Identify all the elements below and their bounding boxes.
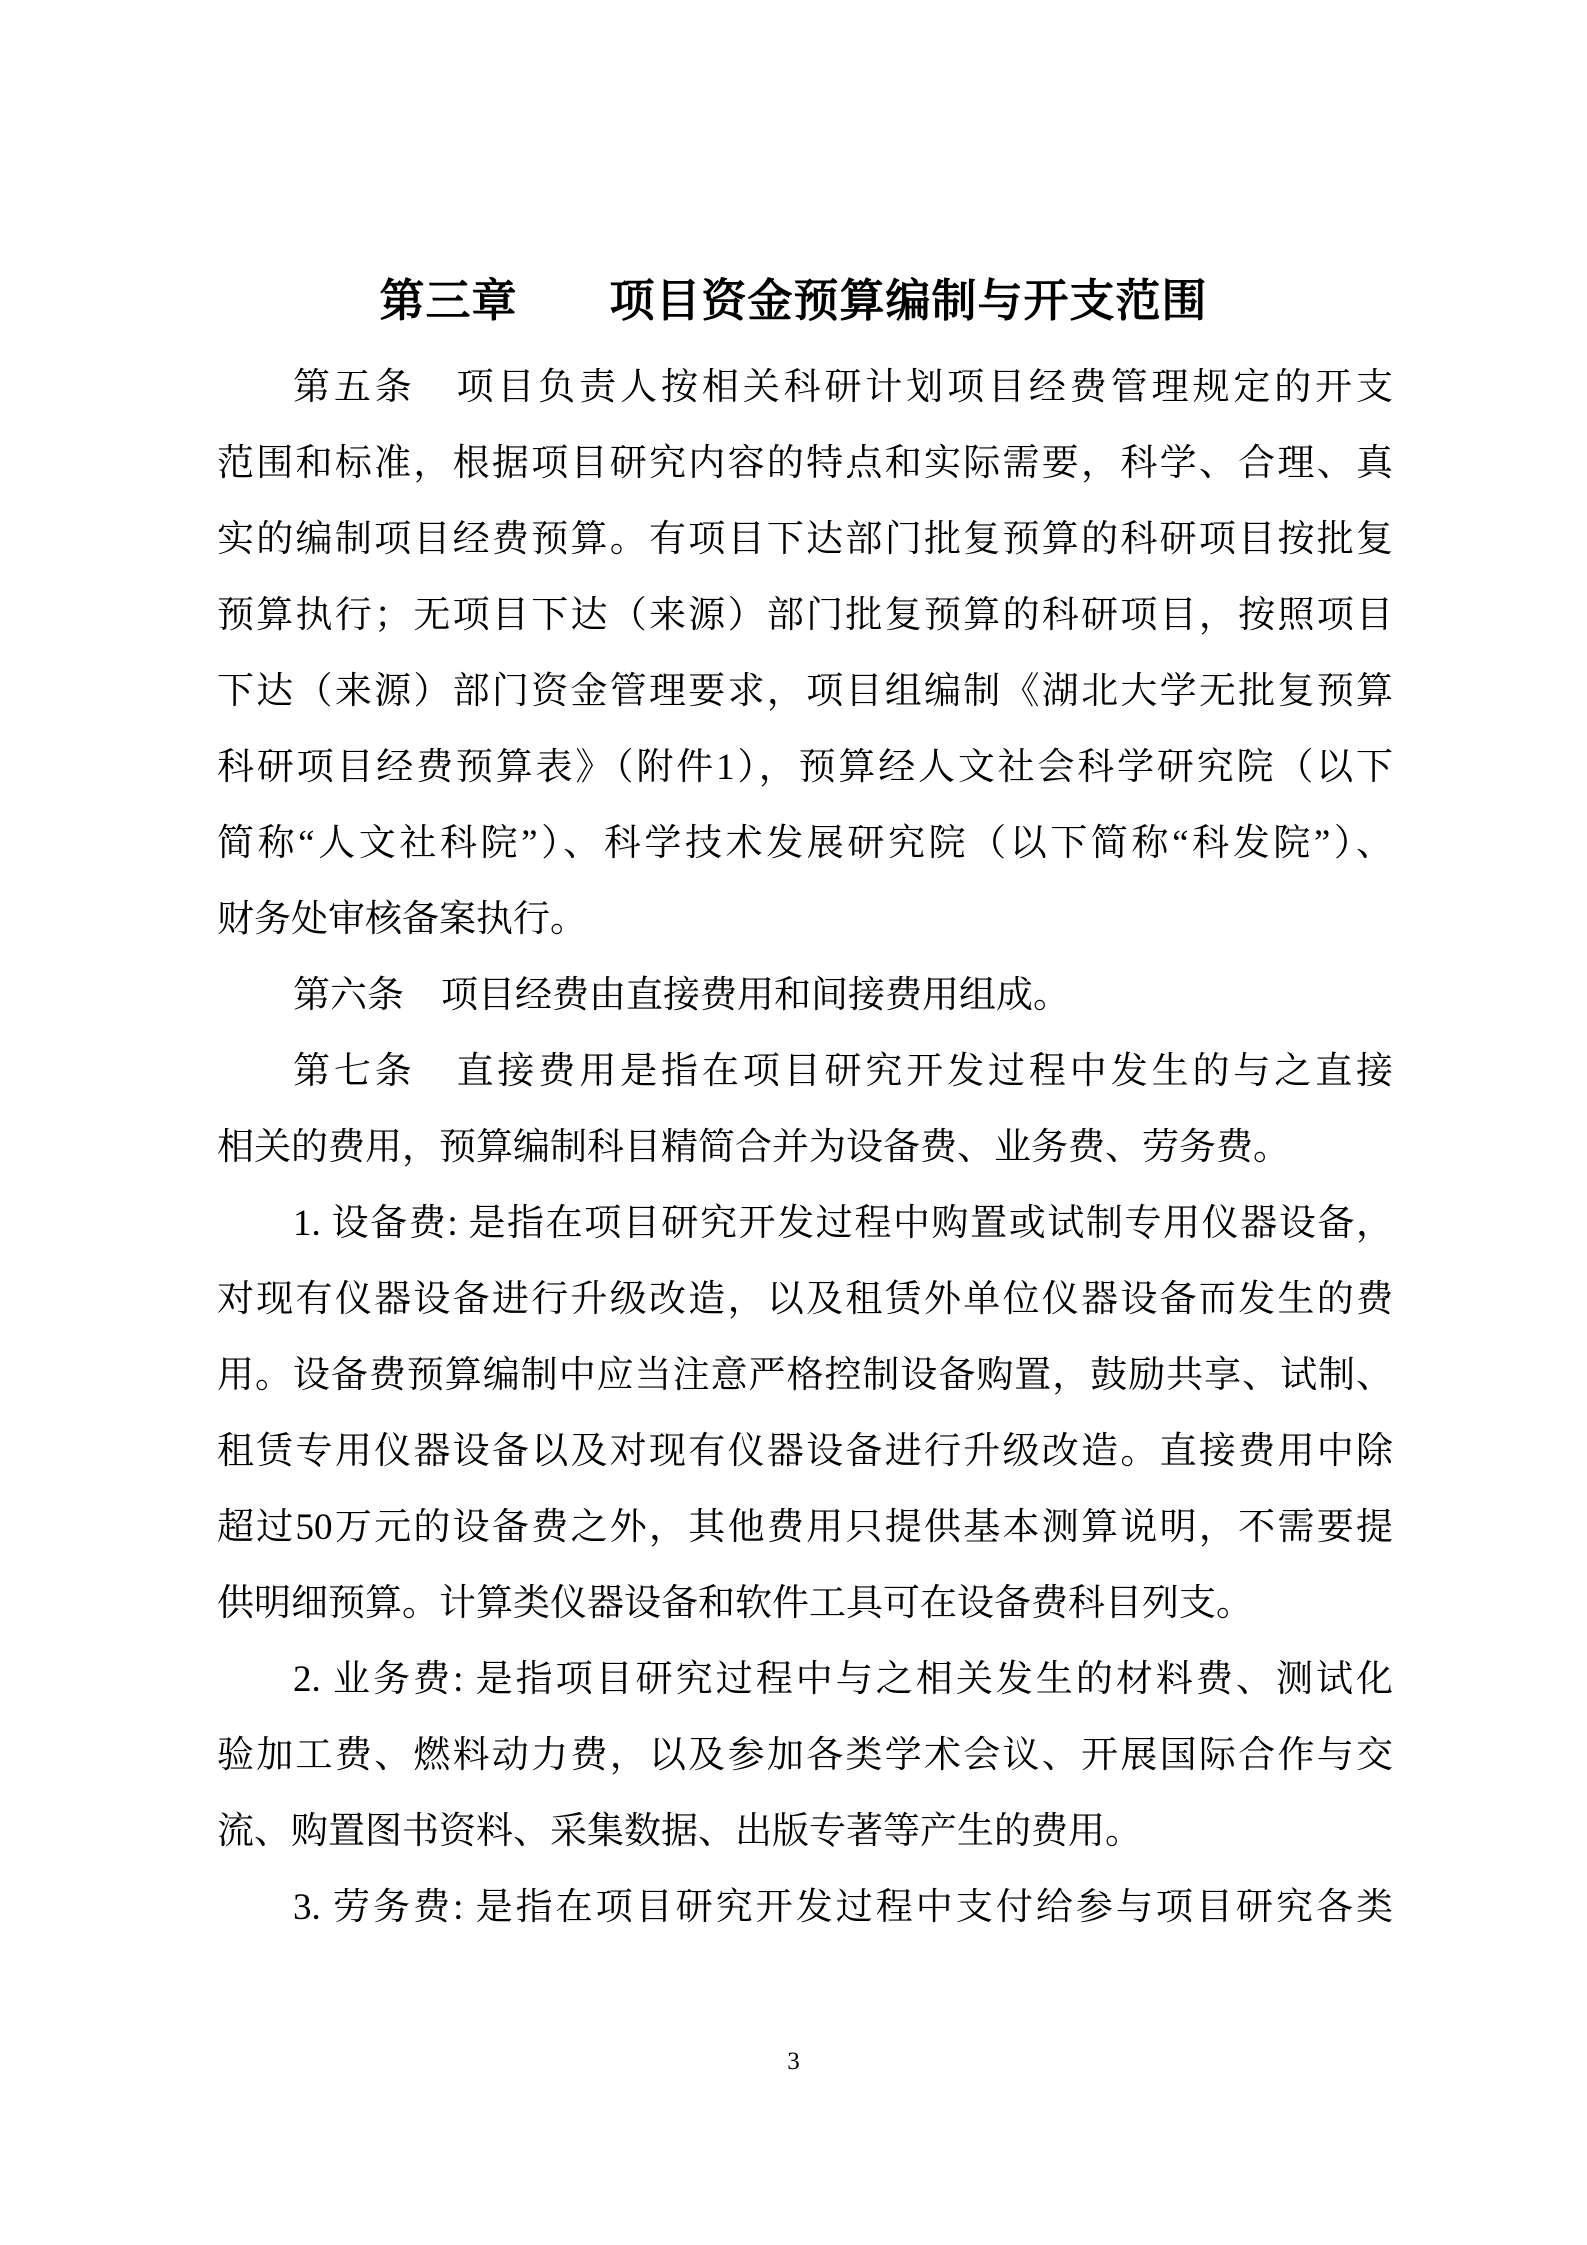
page-number: 3 [0, 2046, 1587, 2078]
body-line: 简称“人文社科院”）、科学技术发展研究院（以下简称“科发院”）、 [217, 806, 1393, 882]
body-line: 财务处审核备案执行。 [217, 882, 1393, 958]
document-page: 第三章 项目资金预算编制与开支范围 第五条 项目负责人按相关科研计划项目经费管理… [0, 0, 1587, 2245]
body-line: 验加工费、燃料动力费，以及参加各类学术会议、开展国际合作与交 [217, 1718, 1393, 1794]
body-line: 第六条 项目经费由直接费用和间接费用组成。 [217, 958, 1393, 1034]
body-line: 第五条 项目负责人按相关科研计划项目经费管理规定的开支 [217, 350, 1393, 426]
document-body: 第五条 项目负责人按相关科研计划项目经费管理规定的开支范围和标准，根据项目研究内… [217, 350, 1393, 1946]
body-line: 下达（来源）部门资金管理要求，项目组编制《湖北大学无批复预算 [217, 654, 1393, 730]
body-line: 对现有仪器设备进行升级改造，以及租赁外单位仪器设备而发生的费 [217, 1262, 1393, 1338]
body-line: 第七条 直接费用是指在项目研究开发过程中发生的与之直接 [217, 1034, 1393, 1110]
body-line: 用。设备费预算编制中应当注意严格控制设备购置，鼓励共享、试制、 [217, 1338, 1393, 1414]
body-line: 供明细预算。计算类仪器设备和软件工具可在设备费科目列支。 [217, 1566, 1393, 1642]
body-line: 租赁专用仪器设备以及对现有仪器设备进行升级改造。直接费用中除 [217, 1414, 1393, 1490]
body-line: 相关的费用，预算编制科目精简合并为设备费、业务费、劳务费。 [217, 1110, 1393, 1186]
body-line: 范围和标准，根据项目研究内容的特点和实际需要，科学、合理、真 [217, 426, 1393, 502]
body-line: 流、购置图书资料、采集数据、出版专著等产生的费用。 [217, 1794, 1393, 1870]
body-line: 科研项目经费预算表》（附件1），预算经人文社会科学研究院（以下 [217, 730, 1393, 806]
body-line: 2. 业务费: 是指项目研究过程中与之相关发生的材料费、测试化 [217, 1642, 1393, 1718]
body-line: 3. 劳务费: 是指在项目研究开发过程中支付给参与项目研究各类 [217, 1870, 1393, 1946]
chapter-title: 第三章 项目资金预算编制与开支范围 [0, 272, 1587, 330]
body-line: 实的编制项目经费预算。有项目下达部门批复预算的科研项目按批复 [217, 502, 1393, 578]
body-line: 预算执行；无项目下达（来源）部门批复预算的科研项目，按照项目 [217, 578, 1393, 654]
body-line: 超过50万元的设备费之外，其他费用只提供基本测算说明，不需要提 [217, 1490, 1393, 1566]
body-line: 1. 设备费: 是指在项目研究开发过程中购置或试制专用仪器设备， [217, 1186, 1393, 1262]
